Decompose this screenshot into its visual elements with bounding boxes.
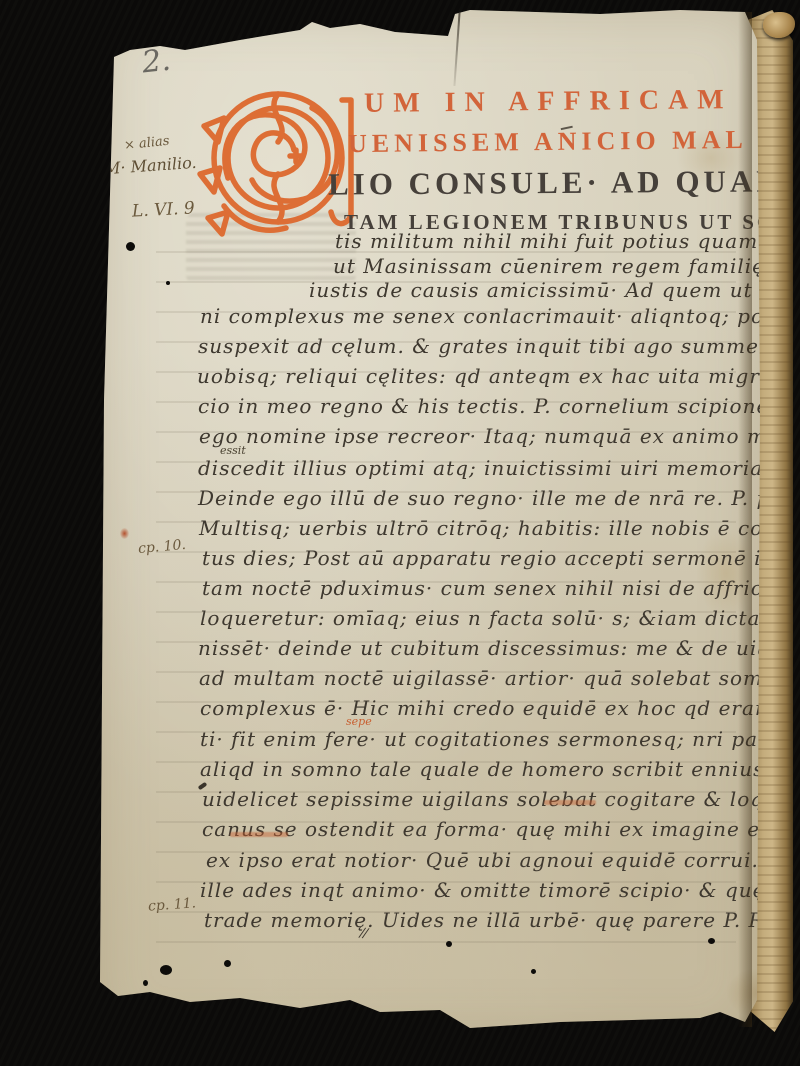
ink-dot [166, 281, 170, 285]
ink-dot [531, 969, 536, 974]
insertion-mark: // [359, 926, 368, 942]
text-line: canus se ostendit ea forma· quę mihi ex … [202, 817, 800, 841]
text-line: nissēt· deinde ut cubitum discessimus: m… [198, 636, 800, 660]
text-line: cio in meo regno & his tectis. P. cornel… [198, 394, 800, 418]
text-line: ad multam noctē uigilassē· artior· quā s… [199, 666, 800, 690]
marginal-note-alias: × alias [123, 134, 170, 154]
text-line: suspexit ad cęlum. & grates inquit tibi … [198, 334, 800, 358]
text-line: tis militum nihil mihi fuit potius quam [335, 229, 758, 253]
text-line: Deinde ego illū de suo regno· ille me de… [198, 486, 800, 510]
ink-dot [224, 960, 231, 967]
ink-dot [446, 941, 452, 947]
interlinear-gloss-essit: essit [220, 444, 246, 457]
ink-dot [143, 980, 148, 986]
gutter-fold-shadow [738, 12, 752, 1027]
text-line: uobisq; reliqui cęlites: qd anteqm ex ha… [197, 364, 800, 388]
text-line: discedit illius optimi atq; inuictissimi… [198, 456, 771, 480]
text-line: iustis de causis amicissimū· Ad quem ut … [309, 278, 787, 302]
marginal-note-cap10: cp. 10. [137, 537, 186, 557]
text-line: ex ipso erat notior· Quē ubi agnoui equi… [206, 848, 800, 872]
ink-dot [708, 938, 715, 944]
marginal-note-book-chapter: L. VI. 9 [132, 198, 196, 221]
rubric-line-3: LIO CONSULE· AD QUAR [328, 163, 783, 202]
text-line: loqueretur: omīaq; eius n facta solū· s;… [200, 606, 800, 630]
ink-dot [126, 242, 135, 251]
red-pigment-spot [120, 528, 129, 539]
text-line: Multisq; uerbis ultrō citrōq; habitis: i… [199, 516, 800, 540]
text-line: ego nomine ipse recreor· Itaq; numquā ex… [199, 424, 800, 448]
text-line: ni complexus me senex conlacrimauit· ali… [200, 304, 784, 328]
text-line: trade memorię. Uides ne illā urbē· quę p… [204, 908, 800, 932]
rubric-line-1: UM IN AFFRICAM [364, 84, 733, 120]
text-line: uidelicet sepissime uigilans solebat cog… [202, 787, 800, 811]
interlinear-gloss-sepe: sepe [346, 715, 372, 728]
rubric-line-2: UENISSEM ANICIO MAL [348, 125, 748, 159]
manuscript-photo: { "page": { "pencil_folio": "2.", "initi… [0, 0, 800, 1066]
text-line: ut Masinissam cūenirem regem familię nrę [333, 254, 800, 278]
faint-red-gloss [230, 832, 288, 837]
text-line: complexus ē· Hic mihi credo equidē ex ho… [200, 696, 800, 720]
text-line: tus dies; Post aū apparatu regio accepti… [202, 546, 800, 570]
ink-dot [160, 965, 172, 975]
marginal-note-manilio: M· Manilio. [103, 153, 197, 178]
text-line: aliqd in somno tale quale de homero scri… [200, 757, 800, 781]
parchment-page: 2. × alias M· Manilio. L. VI. 9 cp. 10. … [96, 8, 760, 1042]
faint-red-gloss [544, 800, 596, 805]
text-line: ille ades inqt animo· & omitte timorē sc… [200, 878, 800, 902]
pencil-folio-number: 2. [140, 43, 172, 81]
interlace-initial-q-icon [194, 78, 364, 243]
marginal-note-cap11: cp. 11. [148, 895, 197, 914]
text-line: ti· fit enim fere· ut cogitationes sermo… [200, 727, 800, 751]
tear-crack [453, 12, 460, 86]
text-line: tam noctē pduximus· cum senex nihil nisi… [202, 576, 800, 600]
